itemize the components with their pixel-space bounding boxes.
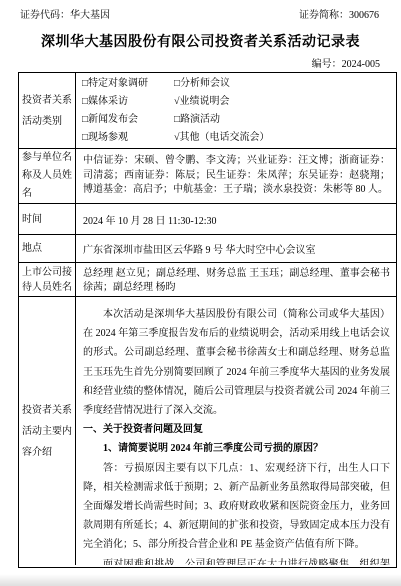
- participants-label-cell: 参与单位名称及人员姓名: [19, 149, 76, 203]
- participants-content: 中信证券：宋硕、曾令鹏、李文涛；兴业证券：汪文博；浙商证券：司清蕊；西南证券：陈…: [76, 149, 396, 203]
- reception-label-cell: 上市公司接待人员姓名: [19, 263, 76, 296]
- checkbox-option: □现场参观: [82, 129, 174, 147]
- main-content: 本次活动是深圳华大基因股份有限公司（简称公司或华大基因）在 2024 年第三季度…: [76, 297, 396, 565]
- reception-content: 总经理 赵立见；副总经理、财务总监 王玉珏；副总经理、董事会秘书 徐茜；副总经理…: [76, 263, 396, 296]
- row-activity-type: 投资者关系活动类别 □特定对象调研 □分析师会议 □媒体采访 √业绩说明会 □新…: [19, 73, 396, 149]
- activity-type-label-cell: 投资者关系活动类别: [19, 73, 76, 148]
- document-header: 证券代码：华大基因 证券简称：300676: [0, 0, 401, 22]
- option-label: 现场参观: [88, 132, 128, 143]
- main-label: 投资者关系活动主要内容介绍: [19, 400, 75, 463]
- option-label: 业绩说明会: [180, 96, 230, 107]
- document-number: 编号：2024-005: [0, 59, 401, 71]
- option-label: 特定对象调研: [88, 78, 148, 89]
- option-label: 其他（电话交流会）: [180, 132, 270, 143]
- option-label: 路演活动: [180, 114, 220, 125]
- option-line: □媒体采访 √业绩说明会: [82, 93, 392, 111]
- document-page: 证券代码：华大基因 证券简称：300676 深圳华大基因股份有限公司投资者关系活…: [0, 0, 401, 586]
- participants-label: 参与单位名称及人员姓名: [19, 149, 75, 203]
- stock-abbr-label: 证券简称：300676: [299, 10, 379, 22]
- activity-type-options: □特定对象调研 □分析师会议 □媒体采访 √业绩说明会 □新闻发布会 □路演活动…: [76, 73, 396, 148]
- activity-type-label: 投资者关系活动类别: [19, 90, 75, 132]
- option-label: 新闻发布会: [88, 114, 138, 125]
- investor-relations-table: 投资者关系活动类别 □特定对象调研 □分析师会议 □媒体采访 √业绩说明会 □新…: [18, 72, 397, 568]
- time-label: 时间: [19, 209, 75, 230]
- row-time: 时间 2024 年 10 月 28 日 11:30-12:30: [19, 204, 396, 235]
- time-content: 2024 年 10 月 28 日 11:30-12:30: [76, 204, 396, 234]
- option-label: 分析师会议: [180, 78, 230, 89]
- option-label: 媒体采访: [88, 96, 128, 107]
- row-location: 地点 广东省深圳市盐田区云华路 9 号 华大时空中心会议室: [19, 235, 396, 263]
- question-1: 1、请简要说明 2024 年前三季度公司亏损的原因？: [83, 439, 390, 458]
- row-reception-staff: 上市公司接待人员姓名 总经理 赵立见；副总经理、财务总监 王玉珏；副总经理、董事…: [19, 263, 396, 297]
- main-intro-paragraph: 本次活动是深圳华大基因股份有限公司（简称公司或华大基因）在 2024 年第三季度…: [83, 305, 390, 420]
- checkbox-option: √业绩说明会: [174, 93, 230, 111]
- location-content: 广东省深圳市盐田区云华路 9 号 华大时空中心会议室: [76, 235, 396, 262]
- location-label-cell: 地点: [19, 235, 76, 262]
- qa-section-heading: 一、关于投资者问题及回复: [83, 420, 390, 439]
- checkbox-option: □新闻发布会: [82, 111, 174, 129]
- reception-label: 上市公司接待人员姓名: [19, 265, 75, 295]
- answer-1: 答：亏损原因主要有以下几点：1、宏观经济下行，出生人口下降，相关检测需求低于预期…: [83, 459, 390, 555]
- time-label-cell: 时间: [19, 204, 76, 234]
- location-label: 地点: [19, 238, 75, 259]
- checkbox-option: □路演活动: [174, 111, 220, 129]
- stock-code-label: 证券代码：华大基因: [20, 10, 110, 22]
- option-line: □特定对象调研 □分析师会议: [82, 75, 392, 93]
- checkbox-option: √其他（电话交流会）: [174, 129, 270, 147]
- answer-1-continued: 面对困难和挑战，公司和管理层正在大力进行战略聚焦、组织架构调: [83, 555, 390, 565]
- checkbox-option: □媒体采访: [82, 93, 174, 111]
- row-participants: 参与单位名称及人员姓名 中信证券：宋硕、曾令鹏、李文涛；兴业证券：汪文博；浙商证…: [19, 149, 396, 204]
- main-label-cell: 投资者关系活动主要内容介绍: [19, 297, 76, 565]
- checkbox-option: □分析师会议: [174, 75, 230, 93]
- page-edge-shadow: [0, 574, 401, 586]
- option-line: □新闻发布会 □路演活动: [82, 111, 392, 129]
- row-main-content: 投资者关系活动主要内容介绍 本次活动是深圳华大基因股份有限公司（简称公司或华大基…: [19, 297, 396, 565]
- checkbox-option: □特定对象调研: [82, 75, 174, 93]
- page-title: 深圳华大基因股份有限公司投资者关系活动记录表: [0, 33, 401, 52]
- option-line: □现场参观 √其他（电话交流会）: [82, 129, 392, 147]
